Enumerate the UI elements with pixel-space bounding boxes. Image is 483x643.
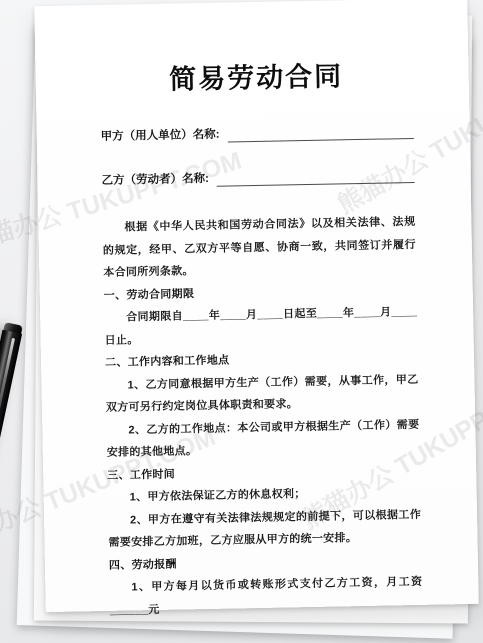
party-a-field: 甲方（用人单位）名称: (101, 123, 414, 145)
party-b-field: 乙方（劳动者）名称: (101, 167, 414, 189)
section-item: 1、甲方每月以货币或转账形式支付乙方工资，月工资______元 (109, 571, 423, 622)
party-a-blank-line (227, 125, 413, 143)
party-a-label: 甲方（用人单位）名称: (101, 127, 220, 145)
section-item: 1、乙方同意根据甲方生产（工作）需要，从事工作，甲乙双方可另行约定岗位具体职责和… (105, 368, 419, 419)
photo-of-labor-contract: { "watermark": { "text": "熊猫办公 TUKUPPT.C… (0, 0, 483, 643)
contract-page: 简易劳动合同 甲方（用人单位）名称: 乙方（劳动者）名称: 根据《中华人民共和国… (34, 0, 479, 612)
contract-body: 根据《中华人民共和国劳动合同法》以及相关法律、法规的规定，经甲、乙双方平等自愿、… (102, 211, 423, 622)
party-b-label: 乙方（劳动者）名称: (101, 171, 209, 189)
contract-title: 简易劳动合同 (99, 57, 413, 99)
section-item: 2、甲方在遵守有关法律法规规定的前提下，可以根据工作需要安排乙方加班，乙方应服从… (108, 503, 422, 554)
section-item: 2、乙方的工作地点：本公司或甲方根据生产（工作）需要安排的其他地点。 (106, 413, 420, 464)
contract-intro-paragraph: 根据《中华人民共和国劳动合同法》以及相关法律、法规的规定，经甲、乙双方平等自愿、… (102, 211, 416, 284)
contract-sections: 一、劳动合同期限合同期限自____年____月____日起至____年____月… (104, 278, 423, 621)
section-item: 合同期限自____年____月____日起至____年____月____日止。 (104, 301, 418, 352)
party-b-blank-line (217, 169, 415, 187)
